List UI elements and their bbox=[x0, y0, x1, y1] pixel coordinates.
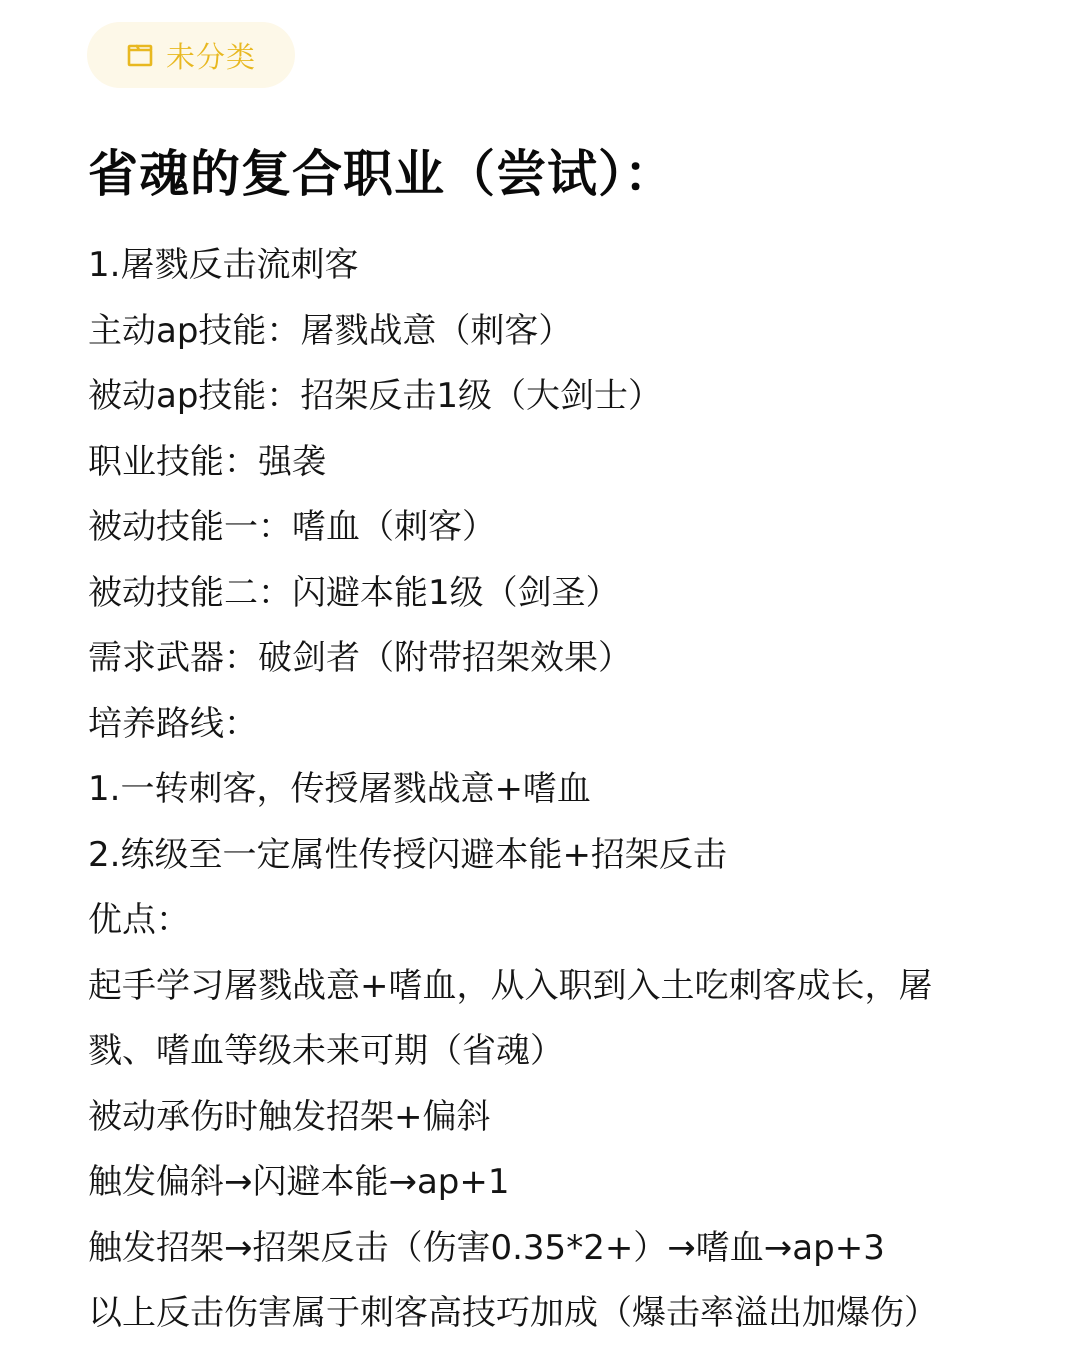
category-label: 未分类 bbox=[166, 35, 256, 76]
note-body: 1.屠戮反击流刺客 主动ap技能：屠戮战意（刺客） 被动ap技能：招架反击1级（… bbox=[88, 233, 988, 1347]
folder-icon bbox=[126, 43, 154, 67]
note-line: 被动ap技能：招架反击1级（大剑士） bbox=[88, 364, 988, 430]
note-line: 职业技能：强袭 bbox=[88, 430, 988, 496]
note-title: 省魂的复合职业（尝试）： bbox=[88, 134, 675, 206]
note-line: 1.屠戮反击流刺客 bbox=[88, 233, 988, 299]
category-chip[interactable]: 未分类 bbox=[87, 22, 295, 88]
note-line: 触发招架→招架反击（伤害0.35*2+）→嗜血→ap+3 bbox=[88, 1216, 988, 1282]
note-line: 被动技能一：嗜血（刺客） bbox=[88, 495, 988, 561]
note-line: 主动ap技能：屠戮战意（刺客） bbox=[88, 299, 988, 365]
note-line: 被动技能二：闪避本能1级（剑圣） bbox=[88, 561, 988, 627]
note-line: 触发偏斜→闪避本能→ap+1 bbox=[88, 1150, 988, 1216]
note-line: 以上反击伤害属于刺客高技巧加成（爆击率溢出加爆伤） bbox=[88, 1281, 988, 1347]
note-line: 优点： bbox=[88, 888, 988, 954]
note-line: 起手学习屠戮战意+嗜血，从入职到入土吃刺客成长，屠 bbox=[88, 954, 988, 1020]
note-line: 被动承伤时触发招架+偏斜 bbox=[88, 1085, 988, 1151]
note-line: 1.一转刺客，传授屠戮战意+嗜血 bbox=[88, 757, 988, 823]
note-line: 戮、嗜血等级未来可期（省魂） bbox=[88, 1019, 988, 1085]
note-line: 需求武器：破剑者（附带招架效果） bbox=[88, 626, 988, 692]
note-line: 培养路线： bbox=[88, 692, 988, 758]
note-line: 2.练级至一定属性传授闪避本能+招架反击 bbox=[88, 823, 988, 889]
